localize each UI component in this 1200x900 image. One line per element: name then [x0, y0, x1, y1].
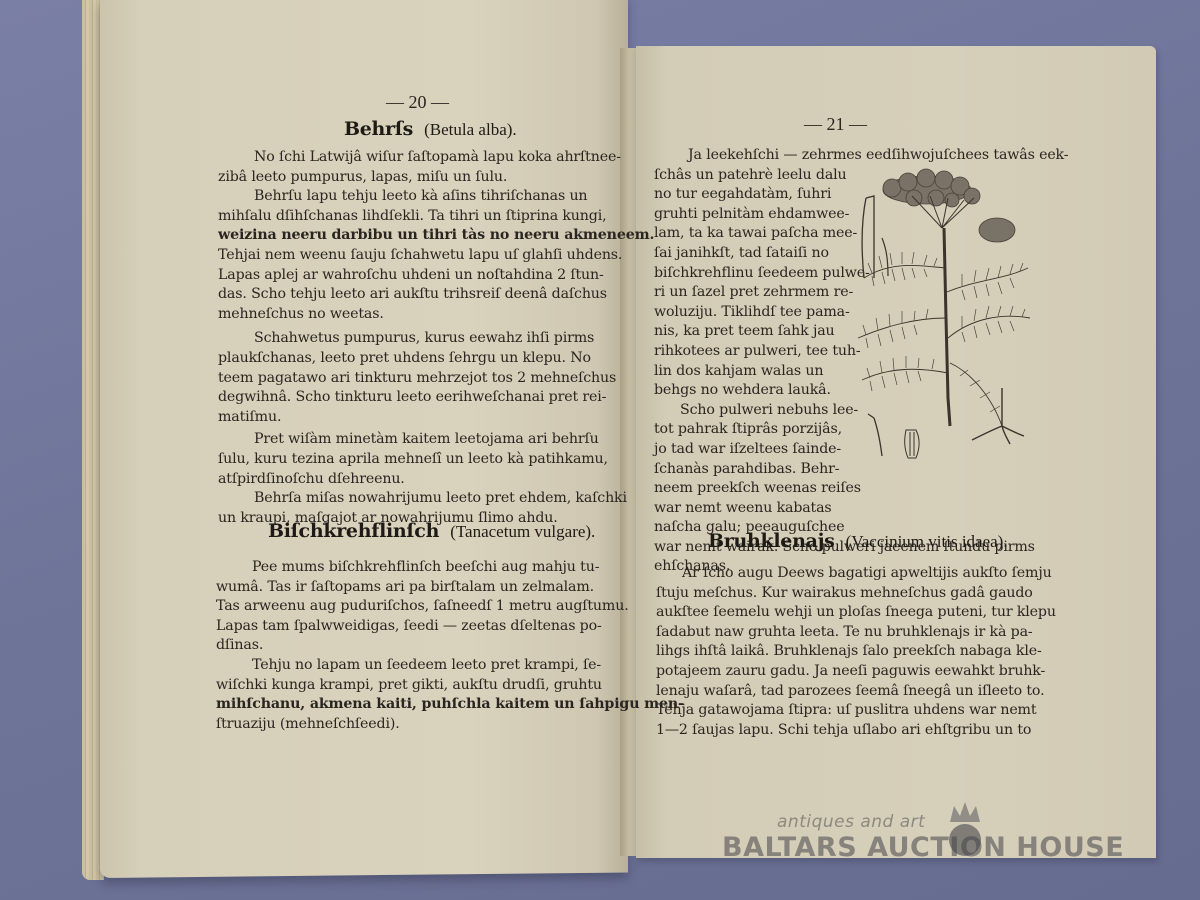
- text-line: wiſchki kunga krampi, pret gikti, aukſtu…: [216, 676, 618, 696]
- auction-house-watermark: antiques and art BALTARS AUCTION HOUSE: [722, 812, 1122, 872]
- text-line: matiſmu.: [218, 408, 618, 428]
- text-line: Behrſu lapu tehju leeto kà aſins tihriſc…: [218, 187, 618, 207]
- watermark-brand: BALTARS AUCTION HOUSE: [722, 832, 1124, 863]
- section-heading-behrss: Behrſs (Betula alba).: [344, 118, 517, 140]
- page-number-left: — 20 —: [386, 92, 449, 113]
- text-line: No ſchi Latwijâ wiſur ſaſtopamà lapu kok…: [218, 148, 618, 168]
- section-title: Behrſs: [344, 118, 413, 140]
- text-line: wumâ. Tas ir ſaſtopams ari pa birſtalam …: [216, 578, 618, 598]
- text-line: ſulu, kuru tezina aprila mehneſî un leet…: [218, 450, 618, 470]
- text-line: Tehju no lapam un ſeedeem leeto pret kra…: [216, 656, 618, 676]
- text-line: Pee mums biſchkrehflinſch beeſchi aug ma…: [216, 558, 618, 578]
- text-line: degwihnâ. Scho tinkturu leeto eerihweſch…: [218, 388, 618, 408]
- text-line: Tehja gatawojama ſtipra: uſ puslitra uhd…: [656, 701, 1046, 721]
- text-line: Lapas aplej ar wahroſchu uhdeni un noſta…: [218, 266, 618, 286]
- section-body-behrss: No ſchi Latwijâ wiſur ſaſtopamà lapu kok…: [218, 148, 618, 528]
- section-latin-name: (Betula alba).: [424, 120, 517, 139]
- text-line: plaukſchanas, leeto pret uhdens ſehrgu u…: [218, 349, 618, 369]
- section-latin-name: (Tanacetum vulgare).: [450, 522, 595, 541]
- text-line: war nemt weenu kabatas: [654, 499, 1044, 519]
- text-line: Behrſa miſas nowahrijumu leeto pret ehde…: [218, 489, 618, 509]
- section-body-bischkrehflinsch: Pee mums biſchkrehflinſch beeſchi aug ma…: [216, 558, 618, 734]
- section-body-bruhklenajs: Ar ſcho augu Deews bagatigi apweltijis a…: [656, 564, 1046, 740]
- tansy-plant-illustration: [852, 168, 1032, 468]
- text-line: lihgs ihſtâ laikâ. Bruhklenajs ſalo pree…: [656, 642, 1046, 662]
- watermark-tagline: antiques and art: [777, 812, 925, 832]
- section-title: Biſchkrehflinſch: [268, 520, 439, 542]
- text-line: Ar ſcho augu Deews bagatigi apweltijis a…: [656, 564, 1046, 584]
- section-latin-name: (Vaccinium vitis idaea).: [846, 532, 1008, 551]
- text-line: ſadabut naw gruhta leeta. Te nu bruhklen…: [656, 623, 1046, 643]
- text-line: zibâ leeto pumpurus, lapas, miſu un ſulu…: [218, 168, 618, 188]
- text-line: 1—2 ſaujas lapu. Schi tehja uſlabo ari e…: [656, 721, 1046, 741]
- text-line: Ja leekehſchi — zehrmes eedſihwojuſchees…: [654, 146, 1044, 166]
- text-line: atſpirdſinoſchu dſehreenu.: [218, 470, 618, 490]
- text-line: Tehjai nem weenu ſauju ſchahwetu lapu uſ…: [218, 246, 618, 266]
- text-line: teem pagatawo ari tinkturu mehrzejot tos…: [218, 369, 618, 389]
- text-line: ſtuju meſchus. Kur wairakus mehneſchus g…: [656, 584, 1046, 604]
- text-line: ſtruaziju (mehneſchſeedi).: [216, 715, 618, 735]
- text-line: mehneſchus no weetas.: [218, 305, 618, 325]
- text-line: lenaju waſarâ, tad parozees ſeemâ ſneegâ…: [656, 682, 1046, 702]
- section-heading-bischkrehflinsch: Biſchkrehflinſch (Tanacetum vulgare).: [268, 520, 595, 542]
- open-book: — 20 — Behrſs (Betula alba). No ſchi Lat…: [0, 0, 1200, 900]
- text-line: Schahwetus pumpurus, kurus eewahz ihſi p…: [218, 329, 618, 349]
- page-number-right: — 21 —: [804, 114, 867, 135]
- text-line: Pret wiſàm minetàm kaitem leetojama ari …: [218, 430, 618, 450]
- crown-logo-icon: [944, 800, 986, 858]
- text-line: Lapas tam ſpalwweidigas, ſeedi — zeetas …: [216, 617, 618, 637]
- text-line: das. Scho tehju leeto ari aukſtu trihsre…: [218, 285, 618, 305]
- text-line: neem preekſch weenas reiſes: [654, 479, 1044, 499]
- text-line: weizina neeru darbibu un tihri tàs no ne…: [218, 226, 618, 246]
- section-heading-bruhklenajs: Bruhklenajs (Vaccinium vitis idaea).: [708, 530, 1008, 552]
- text-line: Tas arweenu aug puduriſchos, ſaſneedſ 1 …: [216, 597, 618, 617]
- section-title: Bruhklenajs: [708, 530, 835, 552]
- text-line: dſinas.: [216, 636, 618, 656]
- text-line: mihſalu dſihſchanas lihdſekli. Ta tihri …: [218, 207, 618, 227]
- text-line: mihſchanu, akmena kaiti, puhſchla kaitem…: [216, 695, 618, 715]
- text-line: potajeem zauru gadu. Ja neeſi paguwis ee…: [656, 662, 1046, 682]
- text-line: aukſtee ſeemelu wehji un ploſas ſneega p…: [656, 603, 1046, 623]
